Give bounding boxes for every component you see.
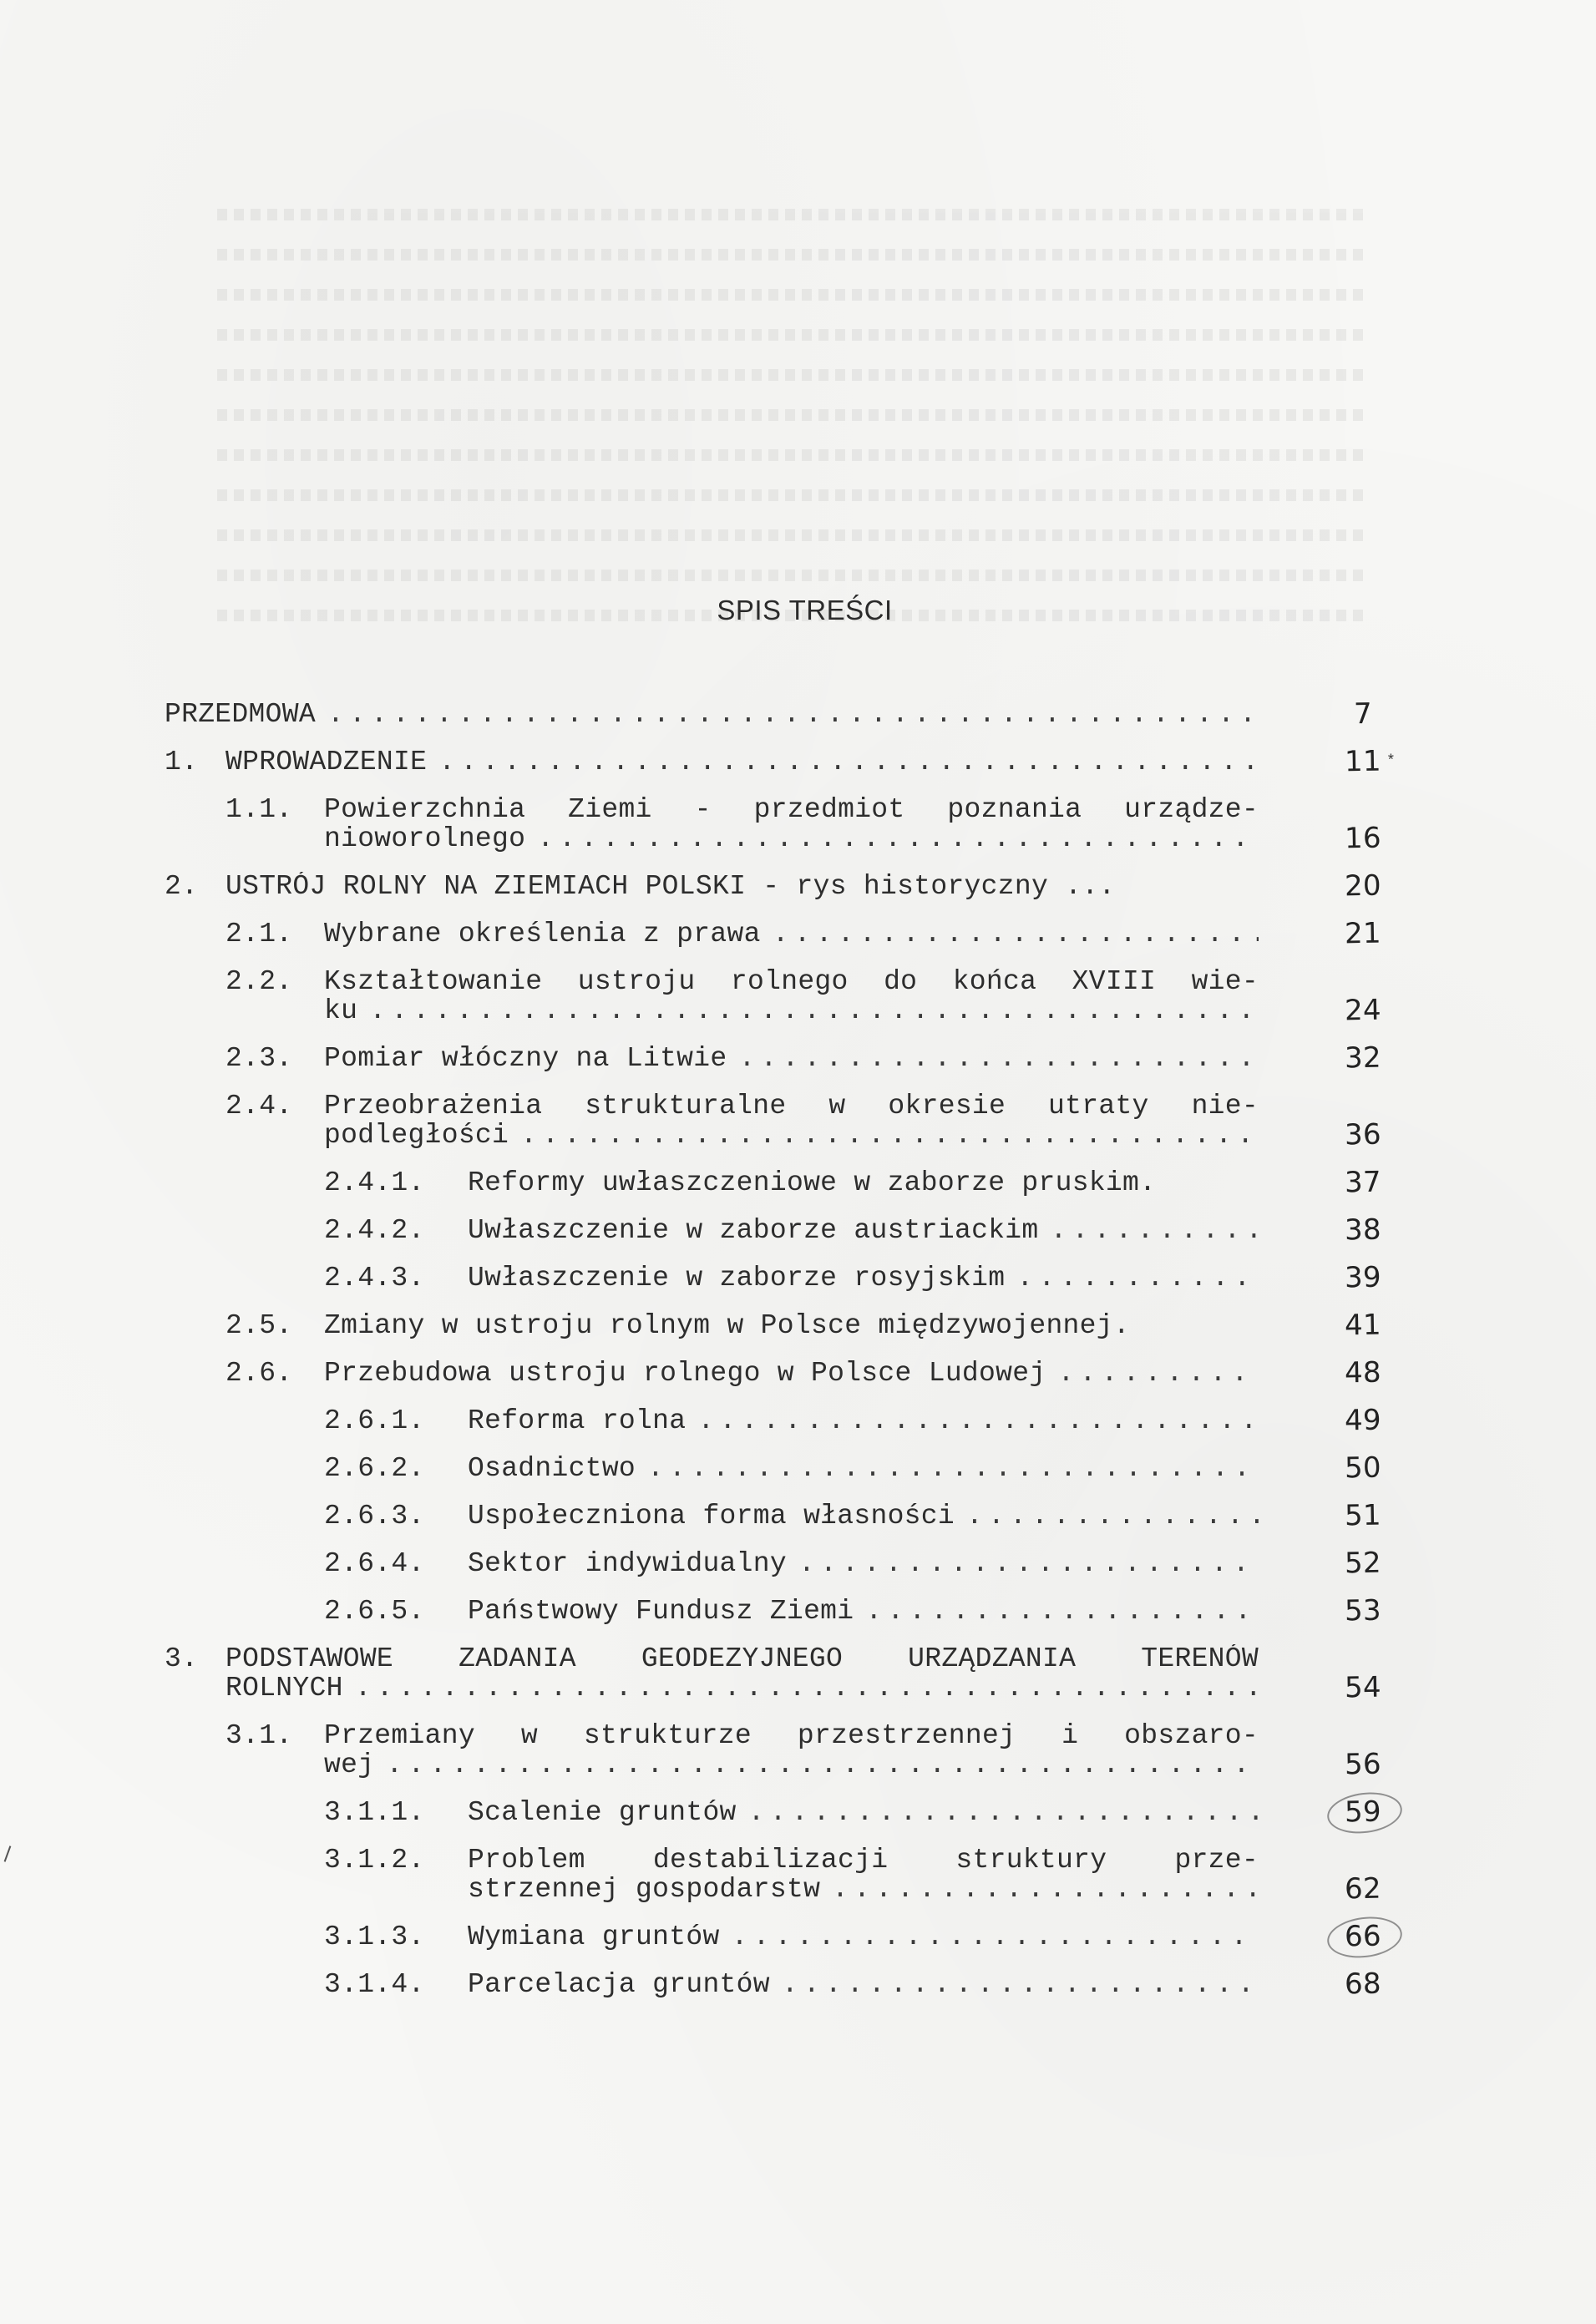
paper-page: SPIS TREŚCI PRZEDMOWA71.WPROWADZENIE111.… [0, 0, 1596, 2324]
section-title: Wybrane określenia z prawa [324, 919, 761, 949]
dot-leader [966, 1501, 1259, 1531]
section-title: Przebudowa ustroju rolnego w Polsce Ludo… [324, 1359, 1046, 1388]
section-number: 3.1.4. [324, 1970, 468, 1999]
page-number: 49 [1334, 1405, 1393, 1435]
section-title: Przeobrażenia strukturalne w okresie utr… [324, 1091, 1259, 1121]
section-title: Problem destabilizacji struktury prze- [468, 1846, 1259, 1875]
page-number: 20 [1334, 871, 1393, 901]
section-number: 2.6.1. [324, 1406, 468, 1435]
dot-leader [647, 1454, 1259, 1483]
dot-leader [1016, 1263, 1259, 1293]
section-title: Reforma rolna [468, 1406, 686, 1435]
section-number: 2.4. [225, 1091, 324, 1150]
toc-entry: 2.6.2.Osadnictwo50 [165, 1454, 1275, 1483]
section-number: 2.6.4. [324, 1549, 468, 1578]
section-title: PODSTAWOWE ZADANIA GEODEZYJNEGO URZĄDZAN… [225, 1644, 1259, 1673]
page-number: 32 [1334, 1043, 1393, 1073]
dot-leader [748, 1798, 1259, 1827]
dot-leader [1051, 1216, 1259, 1245]
section-title: Wymiana gruntów [468, 1922, 720, 1952]
dot-leader [832, 1875, 1259, 1904]
toc-entry: 2.3.Pomiar włóczny na Litwie32 [165, 1044, 1275, 1073]
section-number: 2.2. [225, 967, 324, 1025]
margin-pen-mark [4, 1846, 12, 1861]
dot-leader [782, 1970, 1259, 1999]
section-number: 1. [165, 747, 225, 777]
section-title: ROLNYCH [225, 1673, 343, 1703]
dot-leader [798, 1549, 1259, 1578]
dot-leader [697, 1406, 1259, 1435]
dot-leader [438, 747, 1259, 777]
section-title: nioworolnego [324, 824, 525, 853]
page-number: 53 [1334, 1596, 1393, 1626]
dot-leader [537, 824, 1259, 853]
page-number: 54 [1334, 1673, 1393, 1703]
section-title: Uwłaszczenie w zaborze rosyjskim [468, 1263, 1005, 1293]
section-title: Zmiany w ustroju rolnym w Polsce międzyw… [324, 1311, 1130, 1340]
toc-entry: 3.1.Przemiany w strukturze przestrzennej… [165, 1721, 1275, 1780]
table-of-contents: PRZEDMOWA71.WPROWADZENIE111.1.Powierzchn… [165, 700, 1275, 2018]
page-number: 56 [1334, 1749, 1393, 1780]
section-title: podległości [324, 1121, 509, 1150]
section-number: 3.1. [225, 1721, 324, 1780]
dot-leader [1057, 1359, 1259, 1388]
toc-entry: 3.PODSTAWOWE ZADANIA GEODEZYJNEGO URZĄDZ… [165, 1644, 1275, 1703]
section-number: 2.6.5. [324, 1597, 468, 1626]
section-number: 3.1.2. [324, 1846, 468, 1904]
toc-entry: 2.4.2.Uwłaszczenie w zaborze austriackim… [165, 1216, 1275, 1245]
toc-entry: 2.6.Przebudowa ustroju rolnego w Polsce … [165, 1359, 1275, 1388]
page-number: 62 [1334, 1874, 1393, 1904]
page-number: 11 [1334, 747, 1393, 777]
toc-entry: 2.6.5.Państwowy Fundusz Ziemi53 [165, 1597, 1275, 1626]
section-title: Uwłaszczenie w zaborze austriackim [468, 1216, 1039, 1245]
page-number: 24 [1334, 995, 1393, 1025]
page-number: 50 [1334, 1453, 1393, 1483]
section-number: 3.1.1. [324, 1798, 468, 1827]
section-title: Państwowy Fundusz Ziemi [468, 1597, 854, 1626]
toc-entry: 2.2.Kształtowanie ustroju rolnego do koń… [165, 967, 1275, 1025]
page-number: 51 [1334, 1501, 1393, 1531]
section-title: ku [324, 996, 357, 1025]
page-number: 41 [1334, 1310, 1393, 1340]
toc-entry: 2.6.3.Uspołeczniona forma własności51 [165, 1501, 1275, 1531]
toc-entry: 2.4.1.Reformy uwłaszczeniowe w zaborze p… [165, 1168, 1275, 1197]
section-title: Parcelacja gruntów [468, 1970, 770, 1999]
page-number-circled: 66 [1334, 1921, 1393, 1952]
toc-entry: 2.6.1.Reforma rolna49 [165, 1406, 1275, 1435]
page-number: 37 [1334, 1167, 1393, 1197]
section-number: 2.4.1. [324, 1168, 468, 1197]
toc-entry: 2.5.Zmiany w ustroju rolnym w Polsce mię… [165, 1311, 1275, 1340]
section-number: 2.6. [225, 1359, 324, 1388]
section-title: Powierzchnia Ziemi - przedmiot poznania … [324, 795, 1259, 824]
page-title: SPIS TREŚCI [0, 595, 1596, 626]
section-number: 2.5. [225, 1311, 324, 1340]
section-number: 2.1. [225, 919, 324, 949]
page-number: 39 [1334, 1263, 1393, 1293]
section-number: 2.6.3. [324, 1501, 468, 1531]
section-title: WPROWADZENIE [225, 747, 427, 777]
page-number-circled: 59 [1334, 1797, 1393, 1827]
dot-leader [773, 919, 1259, 949]
section-number: 3. [165, 1644, 225, 1703]
toc-entry: 3.1.3.Wymiana gruntów66 [165, 1922, 1275, 1952]
toc-entry: 3.1.4.Parcelacja gruntów68 [165, 1970, 1275, 1999]
dot-leader [369, 996, 1259, 1025]
toc-entry: 2.4.3.Uwłaszczenie w zaborze rosyjskim39 [165, 1263, 1275, 1293]
page-number: 48 [1334, 1358, 1393, 1388]
page-number: 38 [1334, 1215, 1393, 1245]
section-title: Reformy uwłaszczeniowe w zaborze pruskim… [468, 1168, 1156, 1197]
page-number: 21 [1334, 919, 1393, 949]
section-title: Scalenie gruntów [468, 1798, 737, 1827]
section-title: Kształtowanie ustroju rolnego do końca X… [324, 967, 1259, 996]
dot-leader [738, 1044, 1259, 1073]
section-number: 2. [165, 872, 225, 901]
dot-leader [327, 700, 1259, 729]
page-number: 36 [1334, 1120, 1393, 1150]
toc-entry: 2.6.4.Sektor indywidualny52 [165, 1549, 1275, 1578]
section-title: Pomiar włóczny na Litwie [324, 1044, 727, 1073]
toc-entry: 2.1.Wybrane określenia z prawa21 [165, 919, 1275, 949]
asterisk-mark-icon: * [1386, 753, 1396, 770]
section-number: 2.3. [225, 1044, 324, 1073]
section-title: Przemiany w strukturze przestrzennej i o… [324, 1721, 1259, 1750]
toc-entry: 3.1.2.Problem destabilizacji struktury p… [165, 1846, 1275, 1904]
page-number: 68 [1334, 1969, 1393, 1999]
section-number: 2.4.3. [324, 1263, 468, 1293]
section-title: Osadnictwo [468, 1454, 636, 1483]
dot-leader [355, 1673, 1259, 1703]
toc-entry: 2.4.Przeobrażenia strukturalne w okresie… [165, 1091, 1275, 1150]
section-number: 2.6.2. [324, 1454, 468, 1483]
page-number: 7 [1334, 699, 1393, 729]
section-title: strzennej gospodarstw [468, 1875, 820, 1904]
dot-leader [386, 1750, 1259, 1780]
section-title: USTRÓJ ROLNY NA ZIEMIACH POLSKI - rys hi… [225, 872, 1115, 901]
dot-leader [520, 1121, 1259, 1150]
section-number: 3.1.3. [324, 1922, 468, 1952]
dot-leader [732, 1922, 1259, 1952]
page-number: 52 [1334, 1548, 1393, 1578]
toc-entry: 1.1.Powierzchnia Ziemi - przedmiot pozna… [165, 795, 1275, 853]
reverse-side-show-through [217, 209, 1370, 643]
toc-entry: 1.WPROWADZENIE11 [165, 747, 1275, 777]
dot-leader [865, 1597, 1259, 1626]
section-title: wej [324, 1750, 374, 1780]
section-title: PRZEDMOWA [165, 700, 316, 729]
toc-entry: 3.1.1.Scalenie gruntów59 [165, 1798, 1275, 1827]
page-number: 16 [1334, 823, 1393, 853]
section-title: Sektor indywidualny [468, 1549, 787, 1578]
toc-entry: 2.USTRÓJ ROLNY NA ZIEMIACH POLSKI - rys … [165, 872, 1275, 901]
section-number: 1.1. [225, 795, 324, 853]
section-title: Uspołeczniona forma własności [468, 1501, 955, 1531]
toc-entry: PRZEDMOWA7 [165, 700, 1275, 729]
section-number: 2.4.2. [324, 1216, 468, 1245]
